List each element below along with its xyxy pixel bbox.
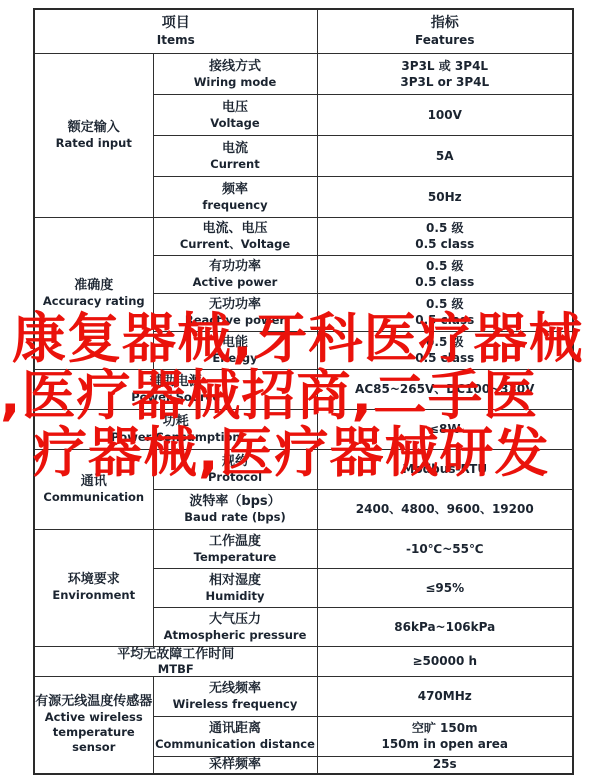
group-rated-input: 额定输入 Rated input [34,53,153,217]
value-line: 0.5 class [318,236,573,252]
item-label-en: Atmospheric pressure [154,628,317,643]
value-protocol: Modbus-RTU [317,449,573,489]
item-humidity: 相对湿度 Humidity [153,568,317,607]
item-label-zh: 电压 [154,99,317,116]
item-label-zh: 电流 [154,140,317,157]
item-label-en: Wireless frequency [154,697,317,712]
table-row: 功耗 Power Consumption ≤8W [34,409,573,449]
value-line: 0.5 级 [318,296,573,312]
item-frequency: 频率 frequency [153,176,317,217]
group-sensor: 有源无线温度传感器 Active wireless temperature se… [34,676,153,774]
group-communication: 通讯 Communication [34,449,153,529]
value-line: 86kPa~106kPa [318,619,573,635]
item-protocol: 规约 Protocol [153,449,317,489]
item-voltage: 电压 Voltage [153,94,317,135]
item-label-zh: 电能 [154,334,317,351]
value-line: ≥50000 h [318,653,573,669]
group-label-en: Communication [35,490,153,505]
table-row: 环境要求 Environment 工作温度 Temperature -10℃~5… [34,529,573,568]
group-label-zh: 准确度 [35,278,153,294]
value-cv-accuracy: 0.5 级 0.5 class [317,217,573,255]
group-label-zh: 环境要求 [35,572,153,588]
header-features-en: Features [318,33,573,48]
value-line: 0.5 class [318,350,573,366]
value-line: 0.5 class [318,312,573,328]
table-row: 额定输入 Rated input 接线方式 Wiring mode 3P3L 或… [34,53,573,94]
value-current: 5A [317,135,573,176]
value-active-power: 0.5 级 0.5 class [317,255,573,293]
group-label-en: Active wireless temperature sensor [35,710,153,755]
item-label-zh: 电流、电压 [154,220,317,237]
item-label-en: Protocol [154,470,317,485]
item-label-en: Humidity [154,589,317,604]
value-aux-power: AC85~265V、DC100~330V [317,369,573,409]
value-comm-distance: 空旷 150m 150m in open area [317,716,573,756]
value-sampling: 25s [317,756,573,774]
item-label-en: Current [154,157,317,172]
item-label-zh: 大气压力 [154,611,317,628]
item-label-zh: 相对湿度 [154,572,317,589]
header-features: 指标 Features [317,9,573,53]
value-pressure: 86kPa~106kPa [317,607,573,646]
value-line: 25s [318,757,573,772]
item-temperature: 工作温度 Temperature [153,529,317,568]
value-line: 空旷 150m [318,720,573,736]
item-mtbf: 平均无故障工作时间 MTBF [34,646,317,676]
item-pressure: 大气压力 Atmospheric pressure [153,607,317,646]
value-line: 50Hz [318,189,573,205]
item-label-zh: 工作温度 [154,533,317,550]
value-energy: 0.5 级 0.5 class [317,331,573,369]
table-row: 有源无线温度传感器 Active wireless temperature se… [34,676,573,716]
item-label-zh: 接线方式 [154,58,317,75]
item-wiring: 接线方式 Wiring mode [153,53,317,94]
value-line: AC85~265V、DC100~330V [318,381,573,397]
item-label-en: Reactive power [154,313,317,328]
header-items-en: Items [35,33,317,48]
group-label-en: Environment [35,588,153,603]
table-row: 平均无故障工作时间 MTBF ≥50000 h [34,646,573,676]
item-label-en: Energy [154,351,317,366]
value-line: 5A [318,148,573,164]
item-label-zh: 通讯距离 [154,720,317,737]
item-aux-power: 辅助电源 Power Source [34,369,317,409]
header-items: 项目 Items [34,9,317,53]
item-reactive-power: 无功功率 Reactive power [153,293,317,331]
value-consumption: ≤8W [317,409,573,449]
value-reactive-power: 0.5 级 0.5 class [317,293,573,331]
table-header-row: 项目 Items 指标 Features [34,9,573,53]
item-label-zh: 规约 [154,453,317,470]
value-line: 0.5 class [318,274,573,290]
value-temperature: -10℃~55℃ [317,529,573,568]
item-label-en: frequency [154,198,317,213]
group-environment: 环境要求 Environment [34,529,153,646]
item-label-en: Power Consumption [35,430,317,445]
value-line: Modbus-RTU [318,461,573,477]
item-label-en: Communication distance [154,737,317,752]
value-line: 0.5 级 [318,220,573,236]
item-active-power: 有功功率 Active power [153,255,317,293]
item-label-en: Temperature [154,550,317,565]
group-label-zh: 额定输入 [35,120,153,136]
value-line: -10℃~55℃ [318,541,573,557]
table-row: 辅助电源 Power Source AC85~265V、DC100~330V [34,369,573,409]
item-label-en: Baud rate (bps) [154,510,317,525]
value-line: ≤95% [318,580,573,596]
header-items-zh: 项目 [35,14,317,33]
value-wireless-freq: 470MHz [317,676,573,716]
item-label-zh: 平均无故障工作时间 [35,647,317,662]
value-line: 3P3L 或 3P4L [318,58,573,74]
value-line: ≤8W [318,421,573,437]
group-label-zh: 有源无线温度传感器 [35,694,153,710]
item-label-zh: 无线频率 [154,680,317,697]
value-frequency: 50Hz [317,176,573,217]
item-cv-accuracy: 电流、电压 Current、Voltage [153,217,317,255]
group-label-zh: 通讯 [35,474,153,490]
spec-table: 项目 Items 指标 Features 额定输入 Rated input 接线… [33,8,574,775]
item-label-zh: 采样频率 [154,757,317,772]
item-label-en: MTBF [35,662,317,676]
item-label-zh: 功耗 [35,413,317,430]
value-line: 2400、4800、9600、19200 [318,501,573,517]
item-label-zh: 有功功率 [154,258,317,275]
item-current: 电流 Current [153,135,317,176]
item-label-en: Active power [154,275,317,290]
item-baud: 波特率（bps） Baud rate (bps) [153,489,317,529]
item-label-en: Current、Voltage [154,237,317,252]
item-label-en: Power Source [35,390,317,405]
value-voltage: 100V [317,94,573,135]
item-comm-distance: 通讯距离 Communication distance [153,716,317,756]
item-sampling: 采样频率 [153,756,317,774]
item-label-zh: 频率 [154,181,317,198]
document-page: 项目 Items 指标 Features 额定输入 Rated input 接线… [0,0,603,776]
item-wireless-freq: 无线频率 Wireless frequency [153,676,317,716]
group-label-en: Rated input [35,136,153,151]
value-line: 150m in open area [318,736,573,752]
value-line: 0.5 级 [318,258,573,274]
group-accuracy: 准确度 Accuracy rating [34,217,153,369]
value-line: 0.5 级 [318,334,573,350]
item-consumption: 功耗 Power Consumption [34,409,317,449]
item-label-zh: 无功功率 [154,296,317,313]
header-features-zh: 指标 [318,14,573,33]
item-energy: 电能 Energy [153,331,317,369]
value-line: 100V [318,107,573,123]
table-row: 通讯 Communication 规约 Protocol Modbus-RTU [34,449,573,489]
item-label-en: Wiring mode [154,75,317,90]
value-wiring: 3P3L 或 3P4L 3P3L or 3P4L [317,53,573,94]
item-label-zh: 波特率（bps） [154,493,317,510]
value-line: 470MHz [318,688,573,704]
group-label-en: Accuracy rating [35,294,153,309]
value-baud: 2400、4800、9600、19200 [317,489,573,529]
table-row: 准确度 Accuracy rating 电流、电压 Current、Voltag… [34,217,573,255]
value-line: 3P3L or 3P4L [318,74,573,90]
item-label-zh: 辅助电源 [35,373,317,390]
value-mtbf: ≥50000 h [317,646,573,676]
item-label-en: Voltage [154,116,317,131]
value-humidity: ≤95% [317,568,573,607]
